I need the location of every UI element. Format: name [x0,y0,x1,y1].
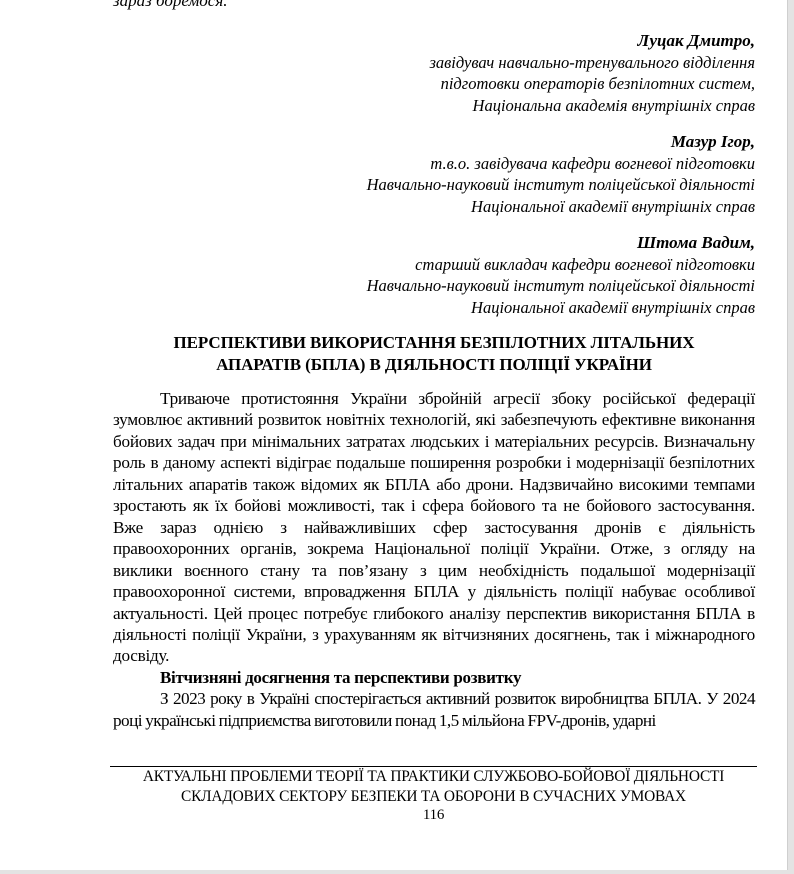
author-name: Мазур Ігор, [235,131,755,153]
author-affiliation-line: Національної академії внутрішніх справ [235,297,755,319]
author-affiliation-line: Національна академія внутрішніх справ [235,95,755,117]
section-paragraph: З 2023 року в Україні спостерігається ак… [113,688,755,731]
article-body: Триваюче протистояння України збройній а… [113,388,755,731]
author-affiliation-line: старший викладач кафедри вогневої підгот… [235,254,755,276]
article-title-line: АПАРАТІВ (БПЛА) В ДІЯЛЬНОСТІ ПОЛІЦІЇ УКР… [113,354,755,376]
author-affiliation-line: т.в.о. завідувача кафедри вогневої підго… [235,153,755,175]
author-affiliation-line: Навчально-науковий інститут поліцейської… [235,174,755,196]
page-number: 116 [110,806,757,826]
article-title: ПЕРСПЕКТИВИ ВИКОРИСТАННЯ БЕЗПІЛОТНИХ ЛІТ… [113,332,755,375]
author-block: Мазур Ігор, т.в.о. завідувача кафедри во… [235,131,755,217]
author-affiliation-line: завідувач навчально-тренувального відділ… [235,52,755,74]
author-name: Луцак Дмитро, [235,30,755,52]
footer-line: СКЛАДОВИХ СЕКТОРУ БЕЗПЕКИ ТА ОБОРОНИ В С… [110,787,757,807]
page-footer: АКТУАЛЬНІ ПРОБЛЕМИ ТЕОРІЇ ТА ПРАКТИКИ СЛ… [110,767,757,826]
article-title-line: ПЕРСПЕКТИВИ ВИКОРИСТАННЯ БЕЗПІЛОТНИХ ЛІТ… [113,332,755,354]
previous-text-tail: зараз боремося. [113,0,228,11]
section-heading: Вітчизняні досягнення та перспективи роз… [113,667,755,688]
author-affiliation-line: Національної академії внутрішніх справ [235,196,755,218]
footer-line: АКТУАЛЬНІ ПРОБЛЕМИ ТЕОРІЇ ТА ПРАКТИКИ СЛ… [110,767,757,787]
author-affiliation-line: підготовки операторів безпілотних систем… [235,73,755,95]
author-block: Луцак Дмитро, завідувач навчально-тренув… [235,30,755,116]
author-name: Штома Вадим, [235,232,755,254]
document-page: зараз боремося. Луцак Дмитро, завідувач … [0,0,788,870]
intro-paragraph: Триваюче протистояння України збройній а… [113,388,755,667]
author-affiliation-line: Навчально-науковий інститут поліцейської… [235,275,755,297]
document-viewer[interactable]: зараз боремося. Луцак Дмитро, завідувач … [0,0,794,874]
author-block: Штома Вадим, старший викладач кафедри во… [235,232,755,318]
page-gap [0,870,794,874]
